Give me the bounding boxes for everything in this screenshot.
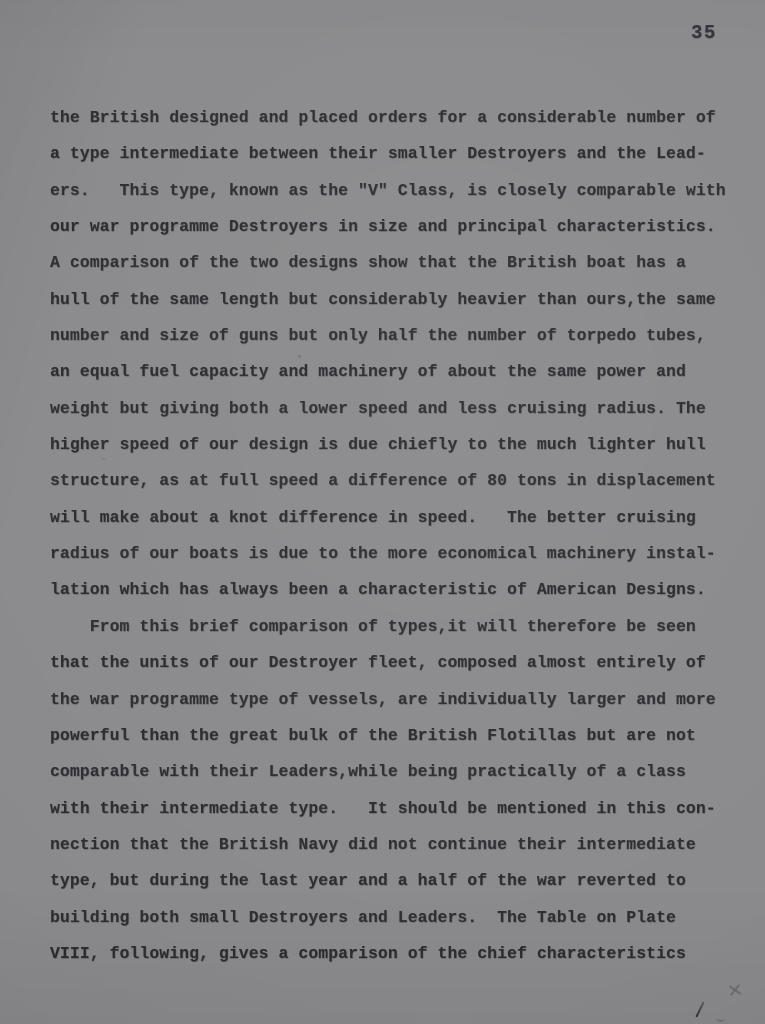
text-line: an equal fuel capacity and machinery of … [50, 354, 740, 390]
text-line: the British designed and placed orders f… [50, 100, 740, 136]
text-line: weight but giving both a lower speed and… [50, 391, 740, 427]
text-line: A comparison of the two designs show tha… [50, 245, 740, 281]
text-line: nection that the British Navy did not co… [50, 827, 740, 863]
text-line: hull of the same length but considerably… [50, 282, 740, 318]
text-line: lation which has always been a character… [50, 572, 740, 608]
text-line: our war programme Destroyers in size and… [50, 209, 740, 245]
text-line: From this brief comparison of types,it w… [50, 609, 740, 645]
pencil-squiggle-mark [716, 1014, 725, 1022]
text-line: with their intermediate type. It should … [50, 791, 740, 827]
text-line: ers. This type, known as the "V" Class, … [50, 173, 740, 209]
text-line: powerful than the great bulk of the Brit… [50, 718, 740, 754]
text-line: structure, as at full speed a difference… [50, 463, 740, 499]
typewritten-text-block: the British designed and placed orders f… [50, 100, 740, 972]
text-line: type, but during the last year and a hal… [50, 863, 740, 899]
pencil-slash-mark [695, 1001, 705, 1017]
pencil-asterisk-mark [727, 983, 743, 997]
text-line: radius of our boats is due to the more e… [50, 536, 740, 572]
text-line: a type intermediate between their smalle… [50, 136, 740, 172]
text-line: number and size of guns but only half th… [50, 318, 740, 354]
text-line: higher speed of our design is due chiefl… [50, 427, 740, 463]
page-number: 35 [691, 22, 717, 44]
text-line: will make about a knot difference in spe… [50, 500, 740, 536]
text-line: the war programme type of vessels, are i… [50, 682, 740, 718]
text-line: comparable with their Leaders,while bein… [50, 754, 740, 790]
text-line: building both small Destroyers and Leade… [50, 900, 740, 936]
text-line: that the units of our Destroyer fleet, c… [50, 645, 740, 681]
document-page: 35 the British designed and placed order… [0, 0, 765, 1024]
text-line: VIII, following, gives a comparison of t… [50, 936, 740, 972]
